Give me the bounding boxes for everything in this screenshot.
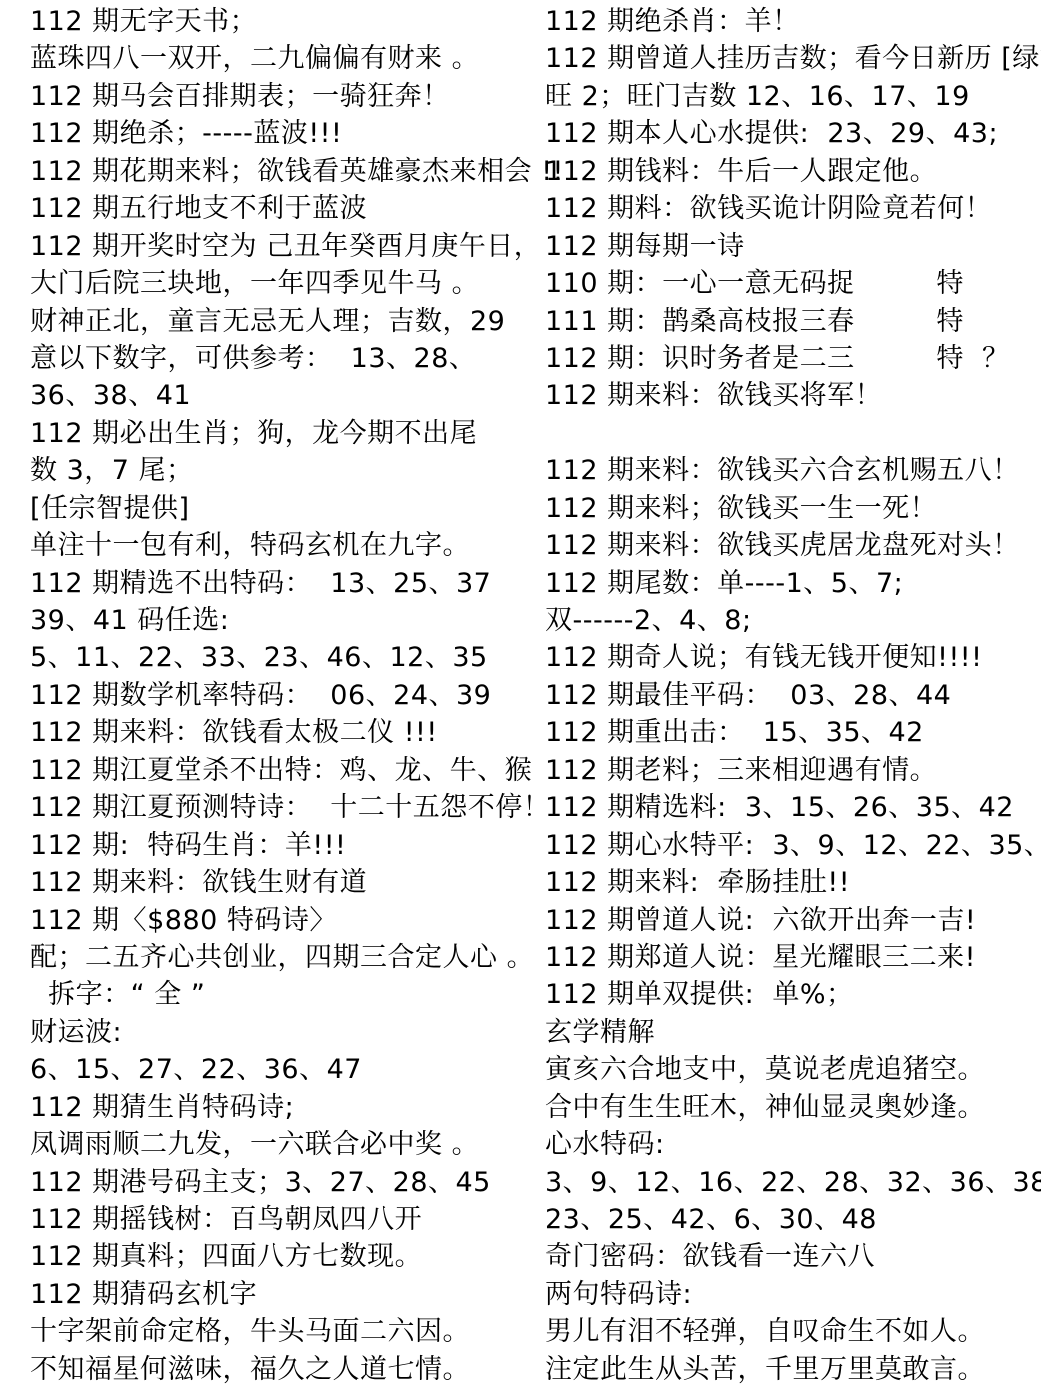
text-line: 112 期心水特平: 3、9、12、22、35、44。 [545,827,1041,864]
text-line: 112 期来料：欲钱买将军！ [545,377,1041,414]
text-line: 拆字：“ 全 ” [30,976,535,1013]
text-line: 112 期来料：欲钱生财有道 [30,864,535,901]
text-line: 112 期尾数：单----1、5、7; [545,565,1041,602]
text-line: 男儿有泪不轻弹，自叹命生不如人。 [545,1313,1041,1350]
text-line: 两句特码诗: [545,1276,1041,1313]
text-line: 112 期绝杀肖：羊！ [545,3,1041,40]
text-line: 112 期料：欲钱买诡计阴险竟若何！ [545,190,1041,227]
text-line: 112 期来料；欲钱买一生一死！ [545,490,1041,527]
text-line: 112 期江夏堂杀不出特：鸡、龙、牛、猴 [30,752,535,789]
text-column-left: 112 期无字天书；蓝珠四八一双开，二九偏偏有财来 。112 期马会百排期表；一… [30,3,535,1388]
text-line: 玄学精解 [545,1014,1041,1051]
text-line: 112 期钱料：牛后一人跟定他。 [545,153,1041,190]
document-page: 112 期无字天书；蓝珠四八一双开，二九偏偏有财来 。112 期马会百排期表；一… [0,0,1041,1388]
text-line: 112 期开奖时空为 己丑年癸酉月庚午日， [30,228,535,265]
text-line: 23、25、42、6、30、48 [545,1201,1041,1238]
text-line: 112 期重出击： 15、35、42 [545,714,1041,751]
text-line: 112 期来料：欲钱买六合玄机赐五八！ [545,452,1041,489]
text-line: 5、11、22、33、23、46、12、35 [30,639,535,676]
text-line: 112 期来料：欲钱看太极二仪 !!! [30,714,535,751]
text-line: 112 期五行地支不利于蓝波 [30,190,535,227]
text-line: 112 期：识时务者是二三 特 ？ [545,340,1041,377]
text-line: 112 期〈$880 特码诗〉 [30,902,535,939]
text-line [545,415,1041,452]
text-line: 112 期每期一诗 [545,228,1041,265]
text-line: [任宗智提供] [30,490,535,527]
text-line: 112 期绝杀；-----蓝波!!! [30,115,535,152]
text-line: 112 期曾道人说: 六欲开出奔一吉! [545,902,1041,939]
text-line: 蓝珠四八一双开，二九偏偏有财来 。 [30,40,535,77]
text-line: 112 期奇人说；有钱无钱开便知!!!! [545,639,1041,676]
text-line: 111 期：鹊桑高枝报三春 特 [545,303,1041,340]
text-line: 112 期精选料: 3、15、26、35、42 [545,789,1041,826]
text-line: 双------2、4、8; [545,602,1041,639]
text-line: 旺 2；旺门吉数 12、16、17、19 [545,78,1041,115]
text-line: 112 期摇钱树：百鸟朝凤四八开 [30,1201,535,1238]
text-line: 112 期马会百排期表；一骑狂奔！ [30,78,535,115]
text-line: 112 期真料；四面八方七数现。 [30,1238,535,1275]
text-line: 寅亥六合地支中，莫说老虎追猪空。 [545,1051,1041,1088]
text-line: 3、9、12、16、22、28、32、36、38、 [545,1164,1041,1201]
text-line: 6、15、27、22、36、47 [30,1051,535,1088]
text-line: 112 期最佳平码： 03、28、44 [545,677,1041,714]
text-line: 112 期曾道人挂历吉数；看今日新历 [绿波 [545,40,1041,77]
text-line: 112 期精选不出特码： 13、25、37 [30,565,535,602]
text-line: 112 期来料: 牵肠挂肚!! [545,864,1041,901]
text-line: 112 期来料：欲钱买虎居龙盘死对头！ [545,527,1041,564]
text-line: 十字架前命定格，牛头马面二六因。 [30,1313,535,1350]
text-line: 112 期必出生肖；狗，龙今期不出尾 [30,415,535,452]
text-line: 112 期港号码主支；3、27、28、45 [30,1164,535,1201]
text-line: 配；二五齐心共创业，四期三合定人心 。 [30,939,535,976]
text-line: 112 期花期来料；欲钱看英雄豪杰来相会 !! [30,153,535,190]
text-line: 39、41 码任选: [30,602,535,639]
text-line: 112 期猜生肖特码诗; [30,1089,535,1126]
text-line: 凤调雨顺二九发，一六联合必中奖 。 [30,1126,535,1163]
text-line: 意以下数字，可供参考： 13、28、 [30,340,535,377]
text-line: 112 期无字天书； [30,3,535,40]
text-line: 财神正北，童言无忌无人理；吉数，29 [30,303,535,340]
text-line: 注定此生从头苦，千里万里莫敢言。 [545,1351,1041,1388]
text-line: 合中有生生旺木，神仙显灵奥妙逢。 [545,1089,1041,1126]
text-line: 110 期：一心一意无码捉 特 [545,265,1041,302]
text-line: 大门后院三块地，一年四季见牛马 。 [30,265,535,302]
text-column-right: 112 期绝杀肖：羊！112 期曾道人挂历吉数；看今日新历 [绿波旺 2；旺门吉… [545,3,1041,1388]
text-line: 36、38、41 [30,377,535,414]
text-line: 单注十一包有利，特码玄机在九字。 [30,527,535,564]
text-line: 112 期老料；三来相迎遇有情。 [545,752,1041,789]
text-line: 112 期江夏预测特诗： 十二十五怨不停！ [30,789,535,826]
text-line: 112 期郑道人说：星光耀眼三二来! [545,939,1041,976]
text-line: 112 期数学机率特码： 06、24、39 [30,677,535,714]
text-line: 心水特码: [545,1126,1041,1163]
text-line: 112 期: 特码生肖：羊!!! [30,827,535,864]
text-line: 奇门密码：欲钱看一连六八 [545,1238,1041,1275]
text-line: 112 期单双提供: 单%； [545,976,1041,1013]
text-line: 112 期猜码玄机字 [30,1276,535,1313]
text-line: 数 3，7 尾； [30,452,535,489]
text-line: 112 期本人心水提供: 23、29、43; [545,115,1041,152]
text-line: 财运波: [30,1014,535,1051]
text-line: 不知福星何滋味，福久之人道七情。 [30,1351,535,1388]
